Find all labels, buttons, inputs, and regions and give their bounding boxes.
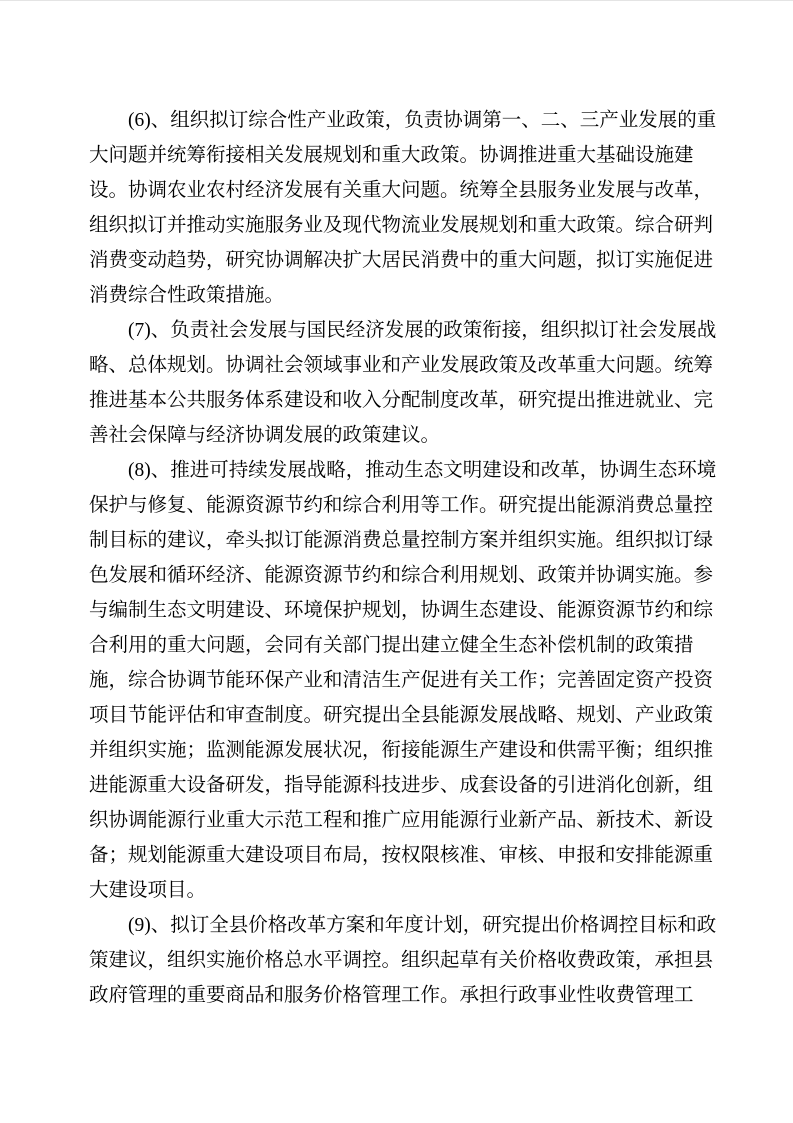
text-line: 保护与修复、能源资源节约和综合利用等工作。研究提出能源消费总量控: [89, 488, 701, 523]
text-line: 大问题并统筹衔接相关发展规划和重大政策。协调推进重大基础设施建: [89, 138, 701, 173]
text-line: (7)、负责社会发展与国民经济发展的政策衔接，组织拟订社会发展战: [89, 313, 701, 348]
text-line: 善社会保障与经济协调发展的政策建议。: [89, 418, 701, 453]
paragraph-item-7: (7)、负责社会发展与国民经济发展的政策衔接，组织拟订社会发展战 略、总体规划。…: [89, 313, 701, 453]
text-line: (8)、推进可持续发展战略，推动生态文明建设和改革，协调生态环境: [89, 453, 701, 488]
text-line: 消费综合性政策措施。: [89, 278, 701, 313]
text-line: 设。协调农业农村经济发展有关重大问题。统筹全县服务业发展与改革，: [89, 173, 701, 208]
text-line: 并组织实施；监测能源发展状况，衔接能源生产建设和供需平衡；组织推: [89, 733, 701, 768]
paragraph-item-8: (8)、推进可持续发展战略，推动生态文明建设和改革，协调生态环境 保护与修复、能…: [89, 453, 701, 908]
text-line: (9)、拟订全县价格改革方案和年度计划，研究提出价格调控目标和政: [89, 908, 701, 943]
text-line: 备；规划能源重大建设项目布局，按权限核准、审核、申报和安排能源重: [89, 838, 701, 873]
text-line: 进能源重大设备研发，指导能源科技进步、成套设备的引进消化创新，组: [89, 768, 701, 803]
document-text-block: (6)、组织拟订综合性产业政策，负责协调第一、二、三产业发展的重 大问题并统筹衔…: [89, 103, 701, 1013]
text-line: 织协调能源行业重大示范工程和推广应用能源行业新产品、新技术、新设: [89, 803, 701, 838]
text-line: (6)、组织拟订综合性产业政策，负责协调第一、二、三产业发展的重: [89, 103, 701, 138]
text-line: 政府管理的重要商品和服务价格管理工作。承担行政事业性收费管理工: [89, 978, 701, 1013]
document-page: (6)、组织拟订综合性产业政策，负责协调第一、二、三产业发展的重 大问题并统筹衔…: [0, 0, 793, 1123]
text-line: 色发展和循环经济、能源资源节约和综合利用规划、政策并协调实施。参: [89, 558, 701, 593]
text-line: 合利用的重大问题，会同有关部门提出建立健全生态补偿机制的政策措: [89, 628, 701, 663]
text-line: 与编制生态文明建设、环境保护规划，协调生态建设、能源资源节约和综: [89, 593, 701, 628]
text-line: 略、总体规划。协调社会领域事业和产业发展政策及改革重大问题。统筹: [89, 348, 701, 383]
paragraph-item-6: (6)、组织拟订综合性产业政策，负责协调第一、二、三产业发展的重 大问题并统筹衔…: [89, 103, 701, 313]
text-line: 策建议，组织实施价格总水平调控。组织起草有关价格收费政策，承担县: [89, 943, 701, 978]
text-line: 推进基本公共服务体系建设和收入分配制度改革，研究提出推进就业、完: [89, 383, 701, 418]
text-line: 项目节能评估和审查制度。研究提出全县能源发展战略、规划、产业政策: [89, 698, 701, 733]
text-line: 大建设项目。: [89, 873, 701, 908]
text-line: 制目标的建议，牵头拟订能源消费总量控制方案并组织实施。组织拟订绿: [89, 523, 701, 558]
paragraph-item-9: (9)、拟订全县价格改革方案和年度计划，研究提出价格调控目标和政 策建议，组织实…: [89, 908, 701, 1013]
text-line: 消费变动趋势，研究协调解决扩大居民消费中的重大问题，拟订实施促进: [89, 243, 701, 278]
text-line: 组织拟订并推动实施服务业及现代物流业发展规划和重大政策。综合研判: [89, 208, 701, 243]
text-line: 施，综合协调节能环保产业和清洁生产促进有关工作；完善固定资产投资: [89, 663, 701, 698]
